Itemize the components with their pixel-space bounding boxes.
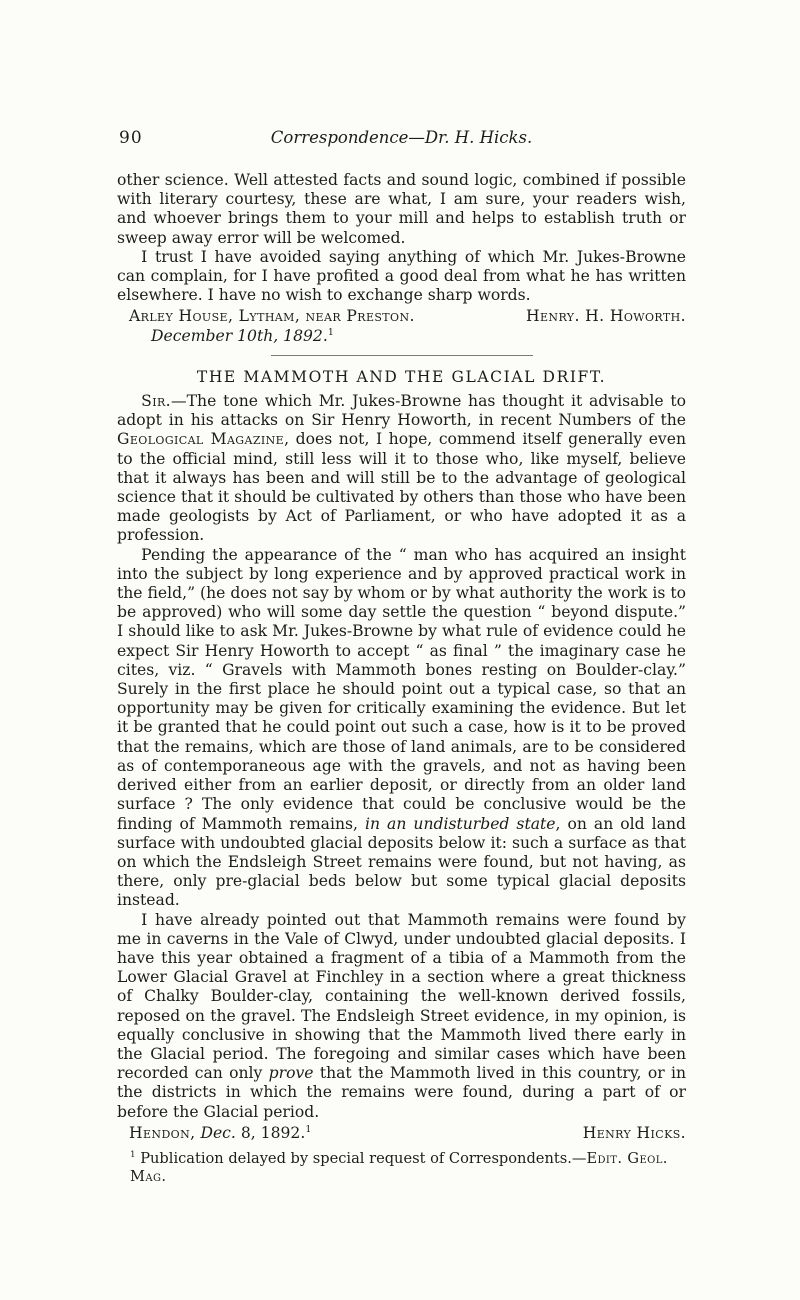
signature-name: Henry. H. Howorth. — [526, 307, 686, 326]
paragraph-pending: Pending the appearance of the “ man who … — [117, 546, 686, 911]
page-header: 90 Correspondence—Dr. H. Hicks. — [117, 128, 686, 150]
letter-howorth: other science. Well attested facts and s… — [117, 171, 686, 346]
page-number: 90 — [119, 128, 143, 148]
signature-name: Henry Hicks. — [583, 1124, 686, 1143]
letter-title: THE MAMMOTH AND THE GLACIAL DRIFT. — [117, 368, 686, 387]
editor-footnote: 1 Publication delayed by special request… — [117, 1150, 686, 1186]
signature-place: Arley House, Lytham, near Preston. — [117, 307, 415, 326]
paragraph-continuation: other science. Well attested facts and s… — [117, 171, 686, 248]
section-divider — [271, 355, 533, 356]
letter-hicks: THE MAMMOTH AND THE GLACIAL DRIFT. Sir.—… — [117, 368, 686, 1143]
date-line: Hendon, Dec. 8, 1892.1 — [117, 1124, 311, 1143]
page-body: other science. Well attested facts and s… — [117, 171, 686, 1186]
paragraph-trust: I trust I have avoided saying anything o… — [117, 248, 686, 306]
running-title: Correspondence—Dr. H. Hicks. — [117, 128, 686, 147]
signature-row: Hendon, Dec. 8, 1892.1 Henry Hicks. — [117, 1124, 686, 1143]
date-line: December 10th, 1892.1 — [117, 327, 686, 346]
paragraph-sir: Sir.—The tone which Mr. Jukes-Browne has… — [117, 392, 686, 546]
signature-row: Arley House, Lytham, near Preston. Henry… — [117, 307, 686, 326]
paragraph-found: I have already pointed out that Mammoth … — [117, 911, 686, 1122]
journal-page: 90 Correspondence—Dr. H. Hicks. other sc… — [0, 0, 800, 1300]
